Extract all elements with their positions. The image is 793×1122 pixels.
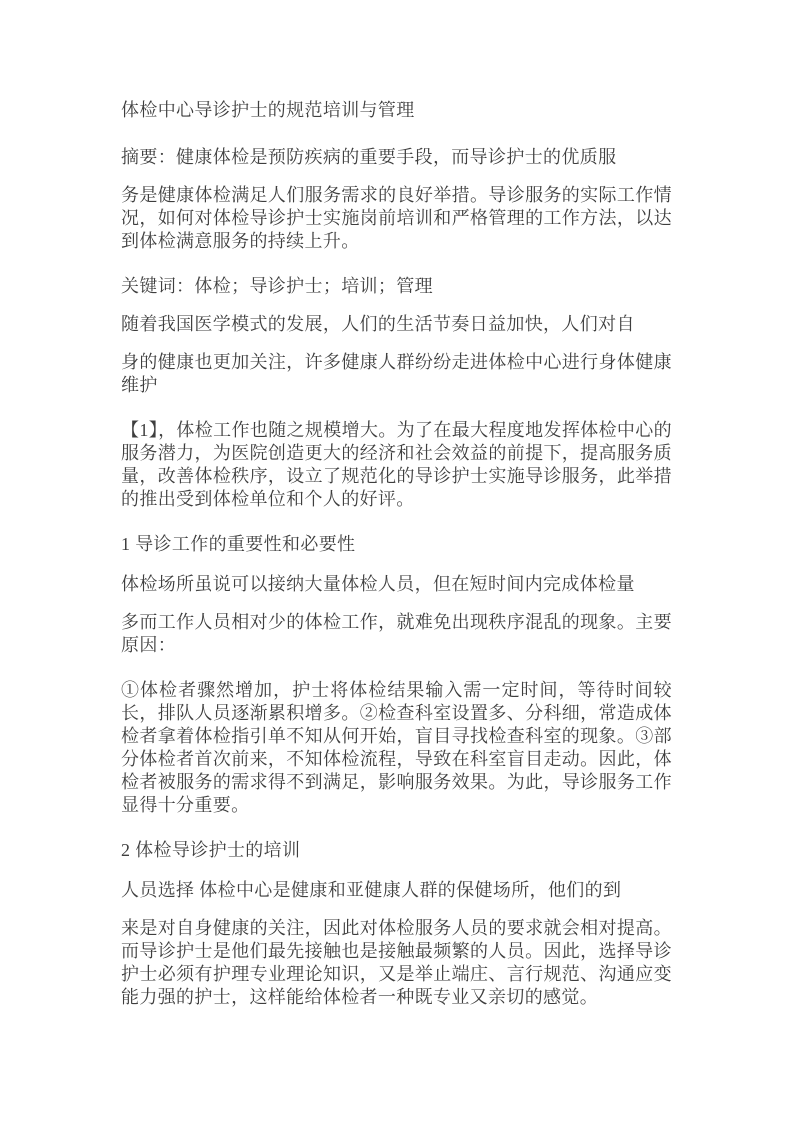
section1-reasons-intro-paragraph: 多而工作人员相对少的体检工作，就难免出现秩序混乱的现象。主要原因： (121, 611, 672, 657)
intro-continuation-paragraph: 身的健康也更加关注，许多健康人群纷纷走进体检中心进行身体健康维护 (121, 351, 672, 397)
section-heading-2: 2 体检导诊护士的培训 (121, 839, 672, 862)
document-page: 体检中心导诊护士的规范培训与管理 摘要：健康体检是预防疾病的重要手段，而导诊护士… (0, 0, 793, 1122)
abstract-body-paragraph: 务是健康体检满足人们服务需求的良好举措。导诊服务的实际工作情况，如何对体检导诊护… (121, 184, 672, 253)
document-title: 体检中心导诊护士的规范培训与管理 (121, 99, 672, 122)
section2-lead-paragraph: 人员选择 体检中心是健康和亚健康人群的保健场所，他们的到 (121, 879, 672, 902)
section2-body-paragraph: 来是对自身健康的关注，因此对体检服务人员的要求就会相对提高。而导诊护士是他们最先… (121, 917, 672, 1009)
intro-lead-paragraph: 随着我国医学模式的发展，人们的生活节奏日益加快，人们对自 (121, 313, 672, 336)
document-body: 体检中心导诊护士的规范培训与管理 摘要：健康体检是预防疾病的重要手段，而导诊护士… (121, 99, 672, 1009)
section1-reasons-list-paragraph: ①体检者骤然增加，护士将体检结果输入需一定时间，等待时间较长，排队人员逐渐累积增… (121, 679, 672, 817)
citation-paragraph: 【1】，体检工作也随之规模增大。为了在最大程度地发挥体检中心的服务潜力，为医院创… (121, 419, 672, 511)
abstract-lead-paragraph: 摘要：健康体检是预防疾病的重要手段，而导诊护士的优质服 (121, 146, 672, 169)
section1-lead-paragraph: 体检场所虽说可以接纳大量体检人员，但在短时间内完成体检量 (121, 573, 672, 596)
keywords-line: 关键词：体检；导诊护士；培训；管理 (121, 275, 672, 298)
section-heading-1: 1 导诊工作的重要性和必要性 (121, 533, 672, 556)
